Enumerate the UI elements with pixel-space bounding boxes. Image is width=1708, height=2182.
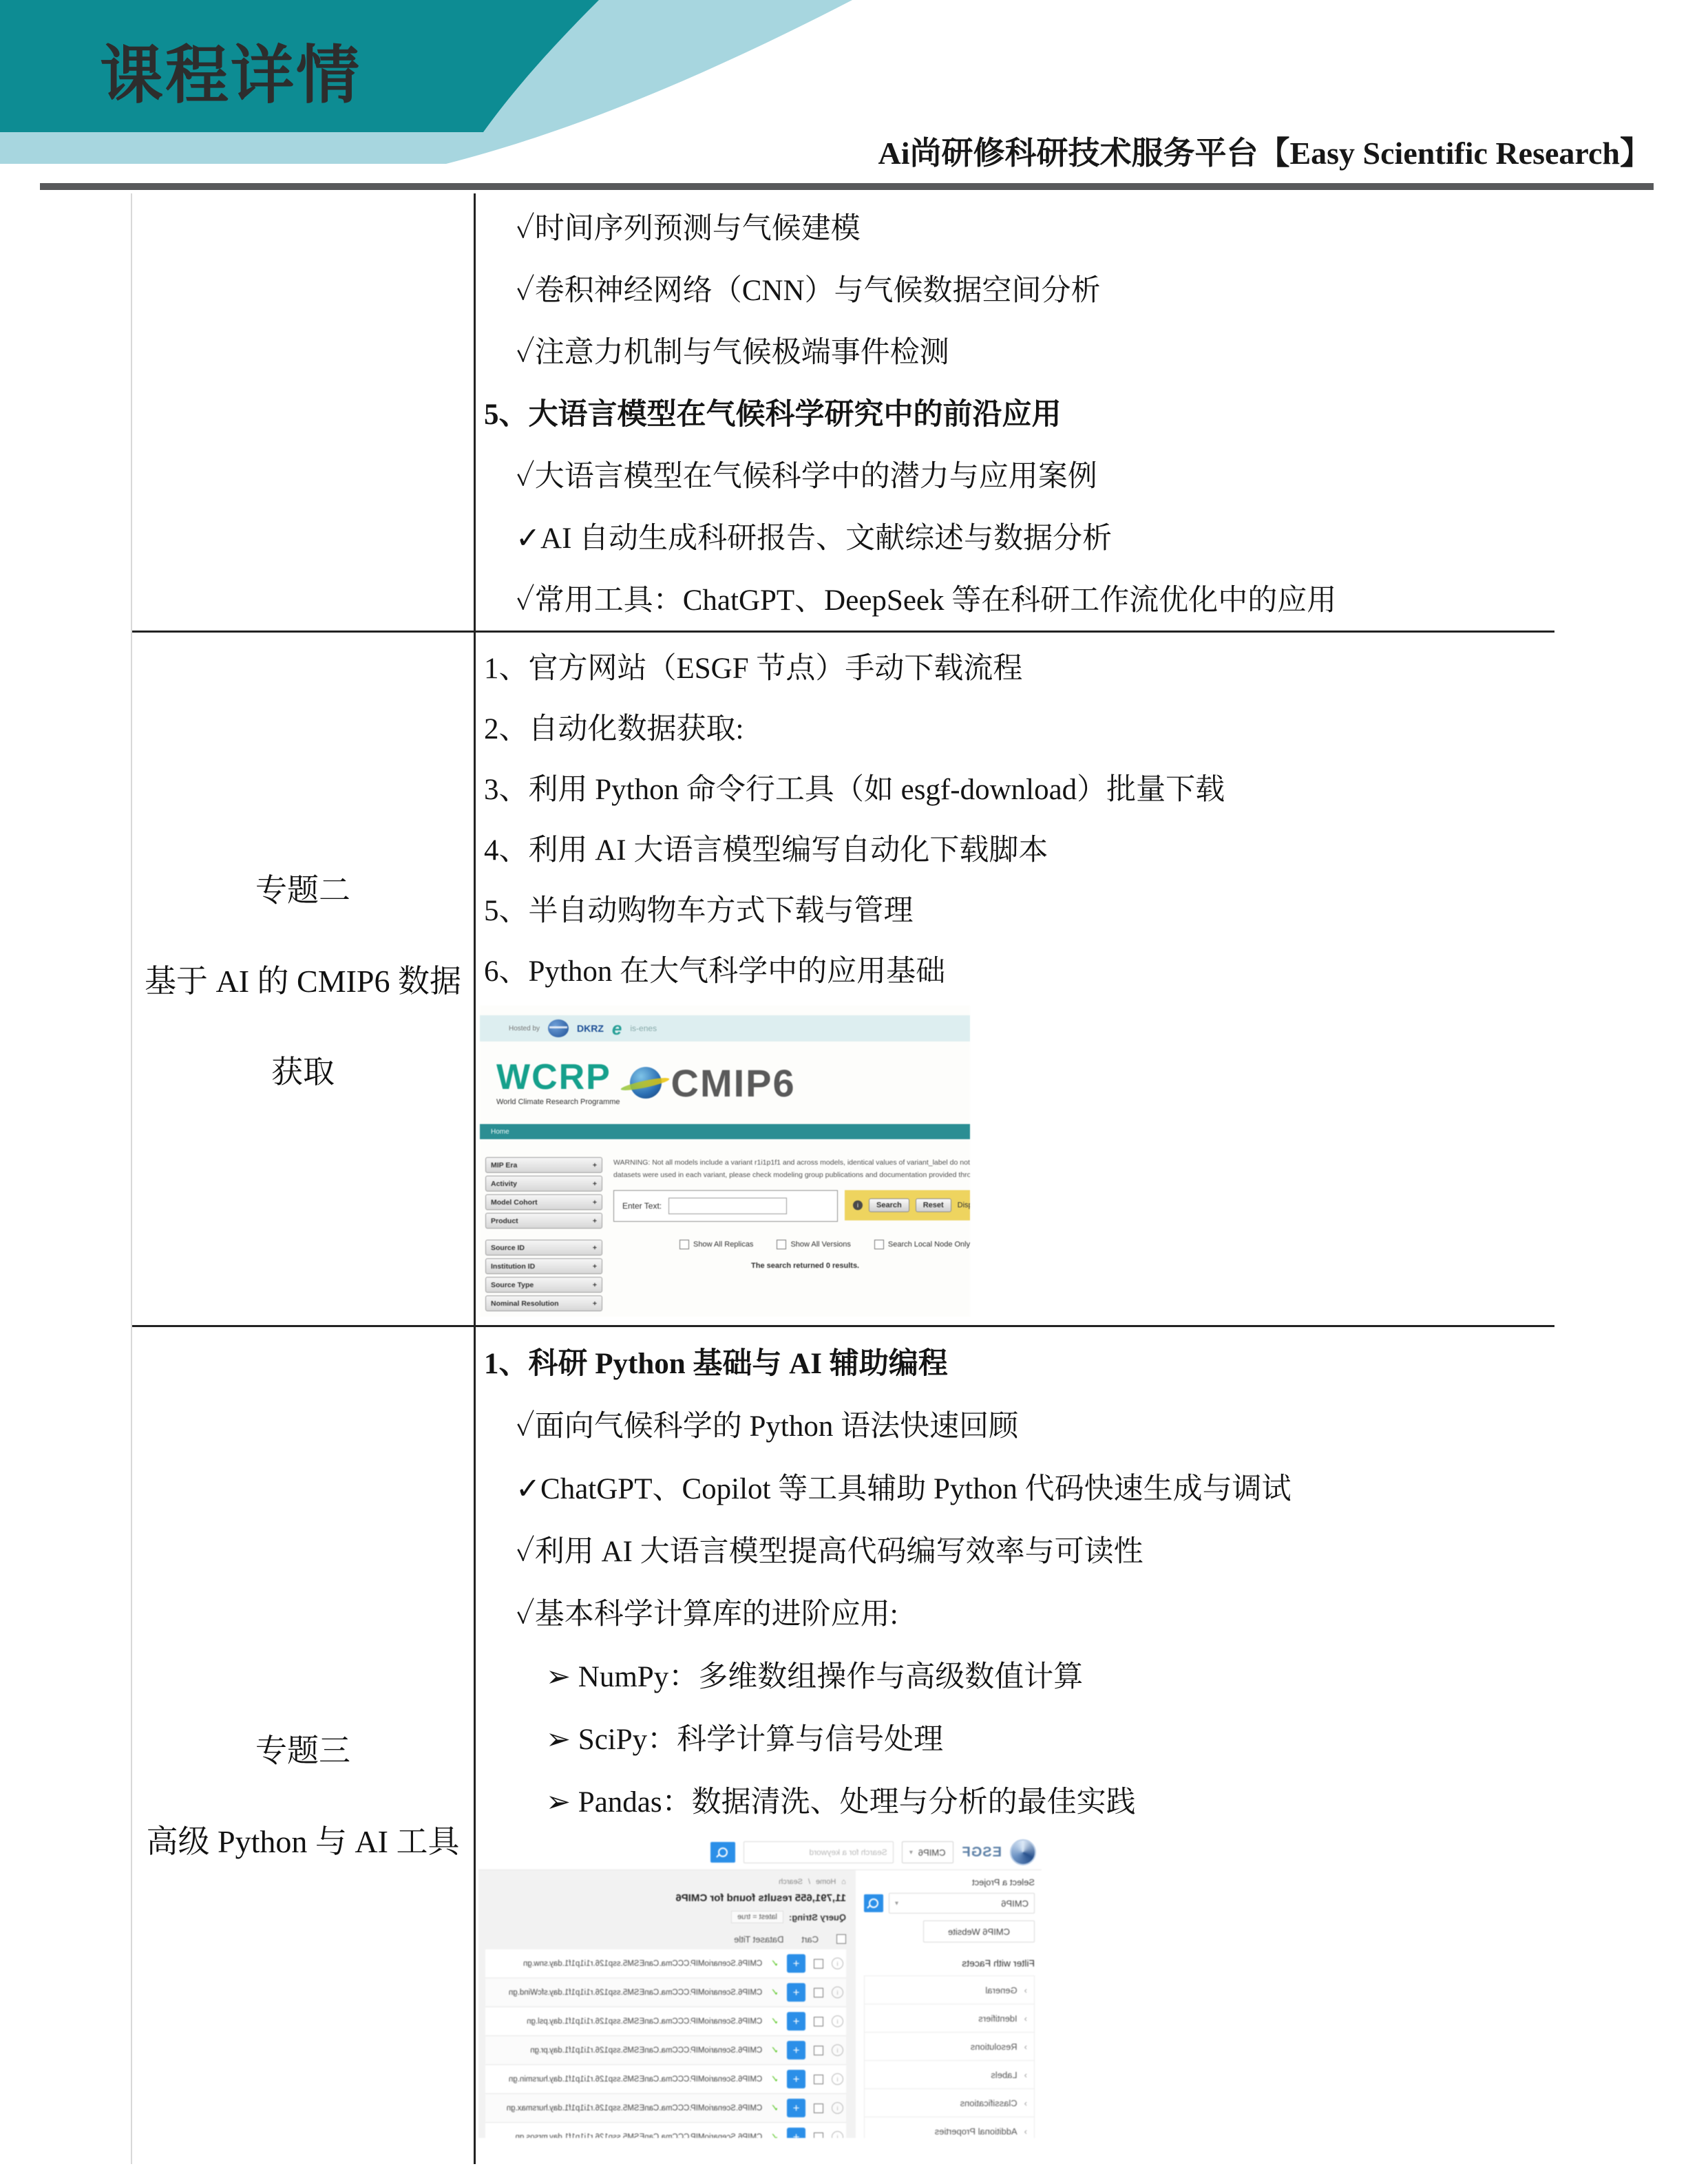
row-checkbox [814, 1988, 823, 1998]
list-item: ✓大语言模型在气候科学中的潜力与应用案例 [476, 443, 1554, 505]
facet-group: ›Resolutions [865, 2033, 1034, 2061]
facet-group-label: Resolutions [971, 2042, 1018, 2052]
cmip6-main-panel: WARNING: Not all models include a varian… [613, 1157, 970, 1317]
query-string-value: latest = true [731, 1911, 783, 1923]
search-button [710, 1842, 735, 1863]
facet-group: ›Additional Properties [865, 2117, 1034, 2138]
list-item: ✓卷积神经网络（CNN）与气候数据空间分析 [476, 257, 1554, 319]
topic-line: 专题二 [255, 865, 350, 911]
checkbox-item: Search Local Node Only (Inclu [874, 1240, 970, 1249]
list-item: ✓基本科学计算库的进阶应用: [476, 1580, 1554, 1643]
dataset-title-column-header: Dataset Title [734, 1934, 783, 1945]
chevron-right-icon: › [1024, 2013, 1027, 2024]
facet-button: Source ID+ [485, 1240, 602, 1256]
project-select-row: CMIP6 ▾ [864, 1893, 1035, 1914]
info-icon: i [853, 1200, 863, 1210]
checkbox-label: Show All Versions [790, 1240, 850, 1249]
facet-group-label: Identifiers [978, 2013, 1017, 2024]
isenes-e-icon: e [612, 1018, 622, 1039]
expand-plus-icon: + [593, 1161, 597, 1169]
project-select: CMIP6 ▾ [889, 1893, 1035, 1914]
results-count: 11,791,655 results found for CMIP6 [485, 1892, 846, 1904]
chevron-down-icon: ▾ [909, 1849, 913, 1856]
expand-plus-icon: + [593, 1300, 597, 1308]
facet-label: Activity [491, 1180, 517, 1188]
dataset-title: CMIP6.ScenarioMIP.CCCma.CanESM5.ssp126.r… [523, 1960, 762, 1968]
list-item: 5、半自动购物车方式下载与管理 [476, 878, 1554, 938]
add-to-cart-button: + [787, 1954, 805, 1973]
list-item: ➢ NumPy：多维数组操作与高级数值计算 [476, 1643, 1554, 1706]
display-label: Display [958, 1201, 970, 1209]
cmip6-logo: CMIP6 [671, 1061, 796, 1105]
checkbox-label: Search Local Node Only (Inclu [888, 1240, 970, 1249]
breadcrumb-home: Home [816, 1878, 836, 1886]
dataset-title: CMIP6.ScenarioMIP.CCCma.CanESM5.ssp126.r… [509, 1989, 762, 1997]
chevron-right-icon: › [1024, 2126, 1027, 2137]
expand-plus-icon: + [593, 1244, 597, 1252]
header-rule [40, 183, 1654, 190]
search-controls-bar: i Search Reset Display 10 ▾ resul [845, 1190, 970, 1220]
keyword-search-input [744, 1841, 894, 1863]
chevron-right-icon: › [1024, 1985, 1027, 1995]
list-item-heading: 1、科研 Python 基础与 AI 辅助编程 [476, 1330, 1554, 1392]
row-checkbox [814, 2046, 823, 2055]
row-checkbox [814, 1959, 823, 1969]
verified-check-icon: ✓ [770, 2015, 779, 2027]
checkbox-icon [679, 1240, 689, 1249]
facet-button: Nominal Resolution+ [485, 1295, 602, 1311]
enter-text-panel: Enter Text: [613, 1190, 838, 1222]
dkrz-logo: DKRZ [577, 1023, 604, 1034]
esgf-sidebar: Select a Project CMIP6 ▾ CMIP6 Website F… [856, 1870, 1042, 2138]
wcrp-subtitle: World Climate Research Programme [496, 1098, 620, 1106]
chevron-down-icon: ▾ [895, 1900, 898, 1907]
verified-check-icon: ✓ [770, 2073, 779, 2085]
list-item: ✓AI 自动生成科研报告、文献综述与数据分析 [476, 505, 1554, 566]
dataset-row: i+✓CMIP6.ScenarioMIP.CCCma.CanESM5.ssp12… [485, 1978, 846, 2007]
facet-group: ›General [865, 1976, 1034, 2004]
table-row: 专题二 基于 AI 的 CMIP6 数据 获取 1、官方网站（ESGF 节点）手… [132, 633, 1554, 1327]
facet-group: ›Classifications [865, 2089, 1034, 2117]
verified-check-icon: ✓ [770, 1987, 779, 1998]
list-item: ✓面向气候科学的 Python 语法快速回顾 [476, 1392, 1554, 1455]
info-icon: i [832, 2073, 843, 2085]
chevron-right-icon: › [1024, 2070, 1027, 2080]
content-cell: 1、科研 Python 基础与 AI 辅助编程 ✓面向气候科学的 Python … [474, 1327, 1554, 2164]
filter-with-facets-heading: Filter with Facets [864, 1958, 1035, 1969]
esgf-results-panel: ⌂ Home / Search 11,791,655 results found… [478, 1870, 856, 2138]
project-dropdown-value: CMIP6 [918, 1847, 946, 1858]
enter-text-label: Enter Text: [622, 1201, 662, 1211]
apply-project-button [864, 1894, 883, 1912]
cmip6-facet-sidebar: MIP Era+ Activity+ Model Cohort+ Product… [485, 1157, 602, 1317]
facet-group-label: Classifications [960, 2098, 1018, 2108]
esgf-logo-text: ESGF [962, 1845, 1002, 1861]
list-item: ➢ SciPy：科学计算与信号处理 [476, 1706, 1554, 1768]
add-to-cart-button: + [787, 2041, 805, 2059]
checkbox-icon [777, 1240, 786, 1249]
topic-cell: 专题三 高级 Python 与 AI 工具 [132, 1327, 474, 2164]
list-item: 6、Python 在大气科学中的应用基础 [476, 938, 1554, 999]
magnifier-icon [718, 1847, 728, 1857]
warning-text: datasets were used in each variant, plea… [613, 1169, 970, 1182]
facet-group-label: Labels [991, 2070, 1017, 2080]
add-to-cart-button: + [787, 2099, 805, 2117]
dataset-title: CMIP6.ScenarioMIP.CCCma.CanESM5.ssp126.r… [515, 2133, 762, 2139]
breadcrumb: ⌂ Home / Search [485, 1876, 846, 1888]
cmip6-search-row: Enter Text: i Search Reset Display 1 [613, 1190, 970, 1222]
dataset-row: i+✓CMIP6.ScenarioMIP.CCCma.CanESM5.ssp12… [485, 1949, 846, 1978]
warning-text: WARNING: Not all models include a varian… [613, 1157, 970, 1169]
dataset-row: i+✓CMIP6.ScenarioMIP.CCCma.CanESM5.ssp12… [485, 2123, 846, 2138]
facet-button: Institution ID+ [485, 1258, 602, 1274]
expand-plus-icon: + [593, 1281, 597, 1289]
facet-button: Activity+ [485, 1176, 602, 1191]
checkbox-item: Show All Replicas [679, 1240, 753, 1249]
cmip6-website-screenshot: Hosted by DKRZ e is-enes WCRP World Clim… [480, 1006, 970, 1317]
content-cell: ✓时间序列预测与气候建模 ✓卷积神经网络（CNN）与气候数据空间分析 ✓注意力机… [474, 193, 1554, 631]
expand-plus-icon: + [593, 1198, 597, 1207]
add-to-cart-button: + [787, 2128, 805, 2138]
topic-cell-empty [132, 193, 474, 631]
facet-label: Institution ID [491, 1262, 535, 1271]
esgf-columns: Select a Project CMIP6 ▾ CMIP6 Website F… [478, 1870, 1042, 2138]
esgf-top-bar: ESGF CMIP6 ▾ [478, 1835, 1042, 1870]
list-item: ✓注意力机制与气候极端事件检测 [476, 319, 1554, 381]
dataset-title: CMIP6.ScenarioMIP.CCCma.CanESM5.ssp126.r… [527, 2017, 762, 2026]
home-icon: ⌂ [841, 1878, 846, 1886]
query-string-row: Query String: latest = true [485, 1908, 846, 1926]
dataset-title: CMIP6.ScenarioMIP.CCCma.CanESM5.ssp126.r… [507, 2104, 763, 2112]
checkbox-icon [874, 1240, 884, 1249]
add-to-cart-button: + [787, 2012, 805, 2031]
facet-group-label: Additional Properties [935, 2126, 1018, 2137]
info-icon: i [832, 2102, 843, 2114]
dataset-title: CMIP6.ScenarioMIP.CCCma.CanESM5.ssp126.r… [530, 2046, 762, 2055]
cmip6-logo-area: WCRP World Climate Research Programme CM… [480, 1041, 970, 1124]
list-item: ✓常用工具：ChatGPT、DeepSeek 等在科研工作流优化中的应用 [476, 566, 1554, 628]
cmip6-hosted-bar: Hosted by DKRZ e is-enes [480, 1015, 970, 1041]
list-item: 4、利用 AI 大语言模型编写自动化下载脚本 [476, 817, 1554, 878]
info-icon: i [832, 1958, 843, 1969]
facet-button: MIP Era+ [485, 1157, 602, 1173]
verified-check-icon: ✓ [770, 2044, 779, 2056]
add-to-cart-button: + [787, 2070, 805, 2088]
project-dropdown: CMIP6 ▾ [902, 1841, 953, 1863]
facet-label: Source ID [491, 1244, 525, 1252]
list-item-heading: 5、大语言模型在气候科学研究中的前沿应用 [476, 381, 1554, 443]
list-item: ✓利用 AI 大语言模型提高代码编写效率与可读性 [476, 1518, 1554, 1580]
chevron-right-icon: › [1024, 2098, 1027, 2108]
search-button: Search [869, 1198, 909, 1212]
info-icon: i [832, 2131, 843, 2138]
topic-line: 获取 [271, 1047, 335, 1092]
course-table: ✓时间序列预测与气候建模 ✓卷积神经网络（CNN）与气候数据空间分析 ✓注意力机… [131, 193, 1554, 2164]
facet-button: Source Type+ [485, 1277, 602, 1293]
globe-icon [630, 1067, 662, 1099]
expand-plus-icon: + [593, 1217, 597, 1225]
info-icon: i [832, 2015, 843, 2027]
checkbox-label: Show All Replicas [693, 1240, 753, 1249]
verified-check-icon: ✓ [770, 1958, 779, 1969]
facet-label: Model Cohort [491, 1198, 538, 1207]
platform-header: Ai尚研修科研技术服务平台【Easy Scientific Research】 [878, 128, 1652, 173]
select-project-label: Select a Project [864, 1877, 1035, 1887]
wcrp-logo-block: WCRP World Climate Research Programme [496, 1059, 620, 1106]
dataset-row: i+✓CMIP6.ScenarioMIP.CCCma.CanESM5.ssp12… [485, 2065, 846, 2094]
cart-column-header: Cart [801, 1934, 819, 1945]
list-item: ✓时间序列预测与气候建模 [476, 195, 1554, 257]
topic-cell: 专题二 基于 AI 的 CMIP6 数据 获取 [132, 633, 474, 1325]
query-string-label: Query String: [789, 1912, 846, 1923]
info-icon: i [832, 1987, 843, 1998]
checkbox-item: Show All Versions [777, 1240, 850, 1249]
breadcrumb-search: Search [779, 1878, 803, 1886]
facet-group-label: General [985, 1985, 1017, 1995]
content-cell: 1、官方网站（ESGF 节点）手动下载流程 2、自动化数据获取: 3、利用 Py… [474, 633, 1554, 1325]
expand-plus-icon: + [593, 1262, 597, 1271]
cmip6-nav-bar: Home [480, 1124, 970, 1139]
search-result-count: The search returned 0 results. [751, 1262, 970, 1270]
row-checkbox [814, 2104, 823, 2113]
cmip6-website-button: CMIP6 Website [923, 1920, 1035, 1942]
nav-home-link: Home [491, 1128, 509, 1136]
results-table-header: Cart Dataset Title [485, 1929, 846, 1949]
table-row: ✓时间序列预测与气候建模 ✓卷积神经网络（CNN）与气候数据空间分析 ✓注意力机… [132, 193, 1554, 633]
row-checkbox [814, 2075, 823, 2084]
project-select-value: CMIP6 [1001, 1898, 1029, 1909]
row-checkbox [814, 2132, 823, 2139]
facet-accordion: ›General ›Identifiers ›Resolutions ›Labe… [864, 1976, 1035, 2138]
checkbox-row: Show All Replicas Show All Versions Sear… [679, 1240, 970, 1249]
facet-group: ›Labels [865, 2061, 1034, 2089]
document-page: 课程详情 Ai尚研修科研技术服务平台【Easy Scientific Resea… [0, 0, 1708, 2182]
list-item: 3、利用 Python 命令行工具（如 esgf-download）批量下载 [476, 756, 1554, 817]
verified-check-icon: ✓ [770, 2102, 779, 2114]
hosted-by-label: Hosted by [509, 1025, 540, 1032]
breadcrumb-separator: / [808, 1878, 810, 1886]
reset-button: Reset [916, 1198, 951, 1212]
row-checkbox [814, 2017, 823, 2026]
add-to-cart-button: + [787, 1983, 805, 2002]
facet-label: Nominal Resolution [491, 1300, 559, 1308]
spacer [485, 1314, 602, 1317]
list-item: 2、自动化数据获取: [476, 696, 1554, 756]
esgf-metagrid-screenshot-mirrored: ESGF CMIP6 ▾ Select a Project [478, 1835, 1042, 2138]
isenes-logo: is-enes [630, 1024, 657, 1033]
expand-plus-icon: + [593, 1180, 597, 1188]
verified-check-icon: ✓ [770, 2131, 779, 2138]
page-title: 课程详情 [100, 25, 361, 116]
spacer [485, 1231, 602, 1240]
topic-line: 基于 AI 的 CMIP6 数据 [145, 956, 461, 1002]
topic-line: 高级 Python 与 AI 工具 [147, 1816, 460, 1862]
cmip6-body: MIP Era+ Activity+ Model Cohort+ Product… [480, 1139, 970, 1317]
magnifier-icon [869, 1898, 878, 1908]
dkrz-globe-icon [548, 1019, 569, 1037]
chevron-right-icon: › [1024, 2042, 1027, 2052]
list-item: ✓ChatGPT、Copilot 等工具辅助 Python 代码快速生成与调试 [476, 1455, 1554, 1518]
list-item: ➢ Pandas：数据清洗、处理与分析的最佳实践 [476, 1768, 1554, 1831]
dataset-row: i+✓CMIP6.ScenarioMIP.CCCma.CanESM5.ssp12… [485, 2007, 846, 2036]
dataset-row: i+✓CMIP6.ScenarioMIP.CCCma.CanESM5.ssp12… [485, 2036, 846, 2065]
facet-button: Model Cohort+ [485, 1194, 602, 1210]
select-all-checkbox [836, 1934, 846, 1944]
facet-label: Source Type [491, 1281, 534, 1289]
dataset-row: i+✓CMIP6.ScenarioMIP.CCCma.CanESM5.ssp12… [485, 2094, 846, 2123]
table-row: 专题三 高级 Python 与 AI 工具 1、科研 Python 基础与 AI… [132, 1327, 1554, 2164]
list-item: 1、官方网站（ESGF 节点）手动下载流程 [476, 635, 1554, 696]
topic-line: 专题三 [255, 1726, 350, 1771]
esgf-logo-icon [1010, 1839, 1036, 1865]
wcrp-logo: WCRP [496, 1059, 620, 1095]
facet-label: Product [491, 1217, 518, 1225]
facet-button: Product+ [485, 1213, 602, 1229]
search-text-input [668, 1198, 787, 1214]
info-icon: i [832, 2044, 843, 2056]
dataset-title: CMIP6.ScenarioMIP.CCCma.CanESM5.ssp126.r… [509, 2075, 762, 2084]
facet-group: ›Identifiers [865, 2004, 1034, 2033]
facet-label: MIP Era [491, 1161, 517, 1169]
